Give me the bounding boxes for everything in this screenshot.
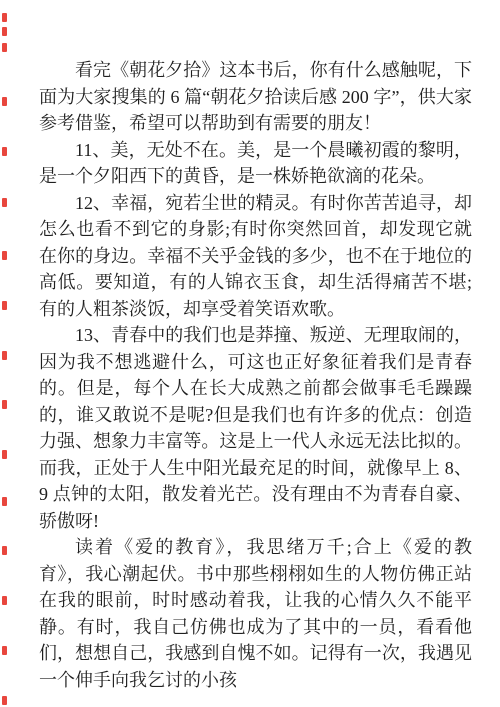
- paragraph-item-12: 12、幸福，宛若尘世的精灵。有时你苦苦追寻，却怎么也看不到它的身影;有时你突然回…: [39, 190, 472, 323]
- red-edge-artifact-mark: [2, 43, 7, 52]
- red-edge-artifact-mark: [2, 546, 7, 555]
- red-edge-artifact-mark: [2, 596, 7, 605]
- document-page: 看完《朝花夕拾》这本书后，你有什么感触呢，下面为大家搜集的 6 篇“朝花夕拾读后…: [0, 0, 500, 707]
- red-edge-artifact-mark: [2, 251, 7, 260]
- paragraph-item-13: 13、青春中的我们也是莽撞、叛逆、无理取闹的，因为我不想逃避什么，可这也正好象征…: [39, 322, 472, 534]
- red-edge-artifact-mark: [2, 497, 7, 506]
- red-edge-artifact-mark: [2, 97, 7, 106]
- red-edge-artifact-mark: [2, 301, 7, 310]
- red-edge-artifact-mark: [2, 27, 7, 36]
- paragraph-aide-closing: 读着《爱的教育》，我思绪万千;合上《爱的教育》，我心潮起伏。书中那些栩栩如生的人…: [39, 534, 472, 693]
- red-edge-artifact-mark: [2, 147, 7, 156]
- red-edge-artifact-mark: [2, 351, 7, 360]
- red-edge-artifact-mark: [2, 400, 7, 409]
- red-edge-artifact-mark: [2, 696, 7, 705]
- red-edge-artifact-mark: [2, 13, 7, 22]
- red-edge-artifact-mark: [2, 450, 7, 459]
- paragraph-intro: 看完《朝花夕拾》这本书后，你有什么感触呢，下面为大家搜集的 6 篇“朝花夕拾读后…: [39, 57, 472, 137]
- document-body: 看完《朝花夕拾》这本书后，你有什么感触呢，下面为大家搜集的 6 篇“朝花夕拾读后…: [39, 57, 472, 693]
- red-edge-artifact-mark: [2, 646, 7, 655]
- paragraph-item-11: 11、美，无处不在。美，是一个晨曦初霞的黎明，是一个夕阳西下的黄昏，是一株娇艳欲…: [39, 137, 472, 190]
- red-edge-artifact-mark: [2, 198, 7, 207]
